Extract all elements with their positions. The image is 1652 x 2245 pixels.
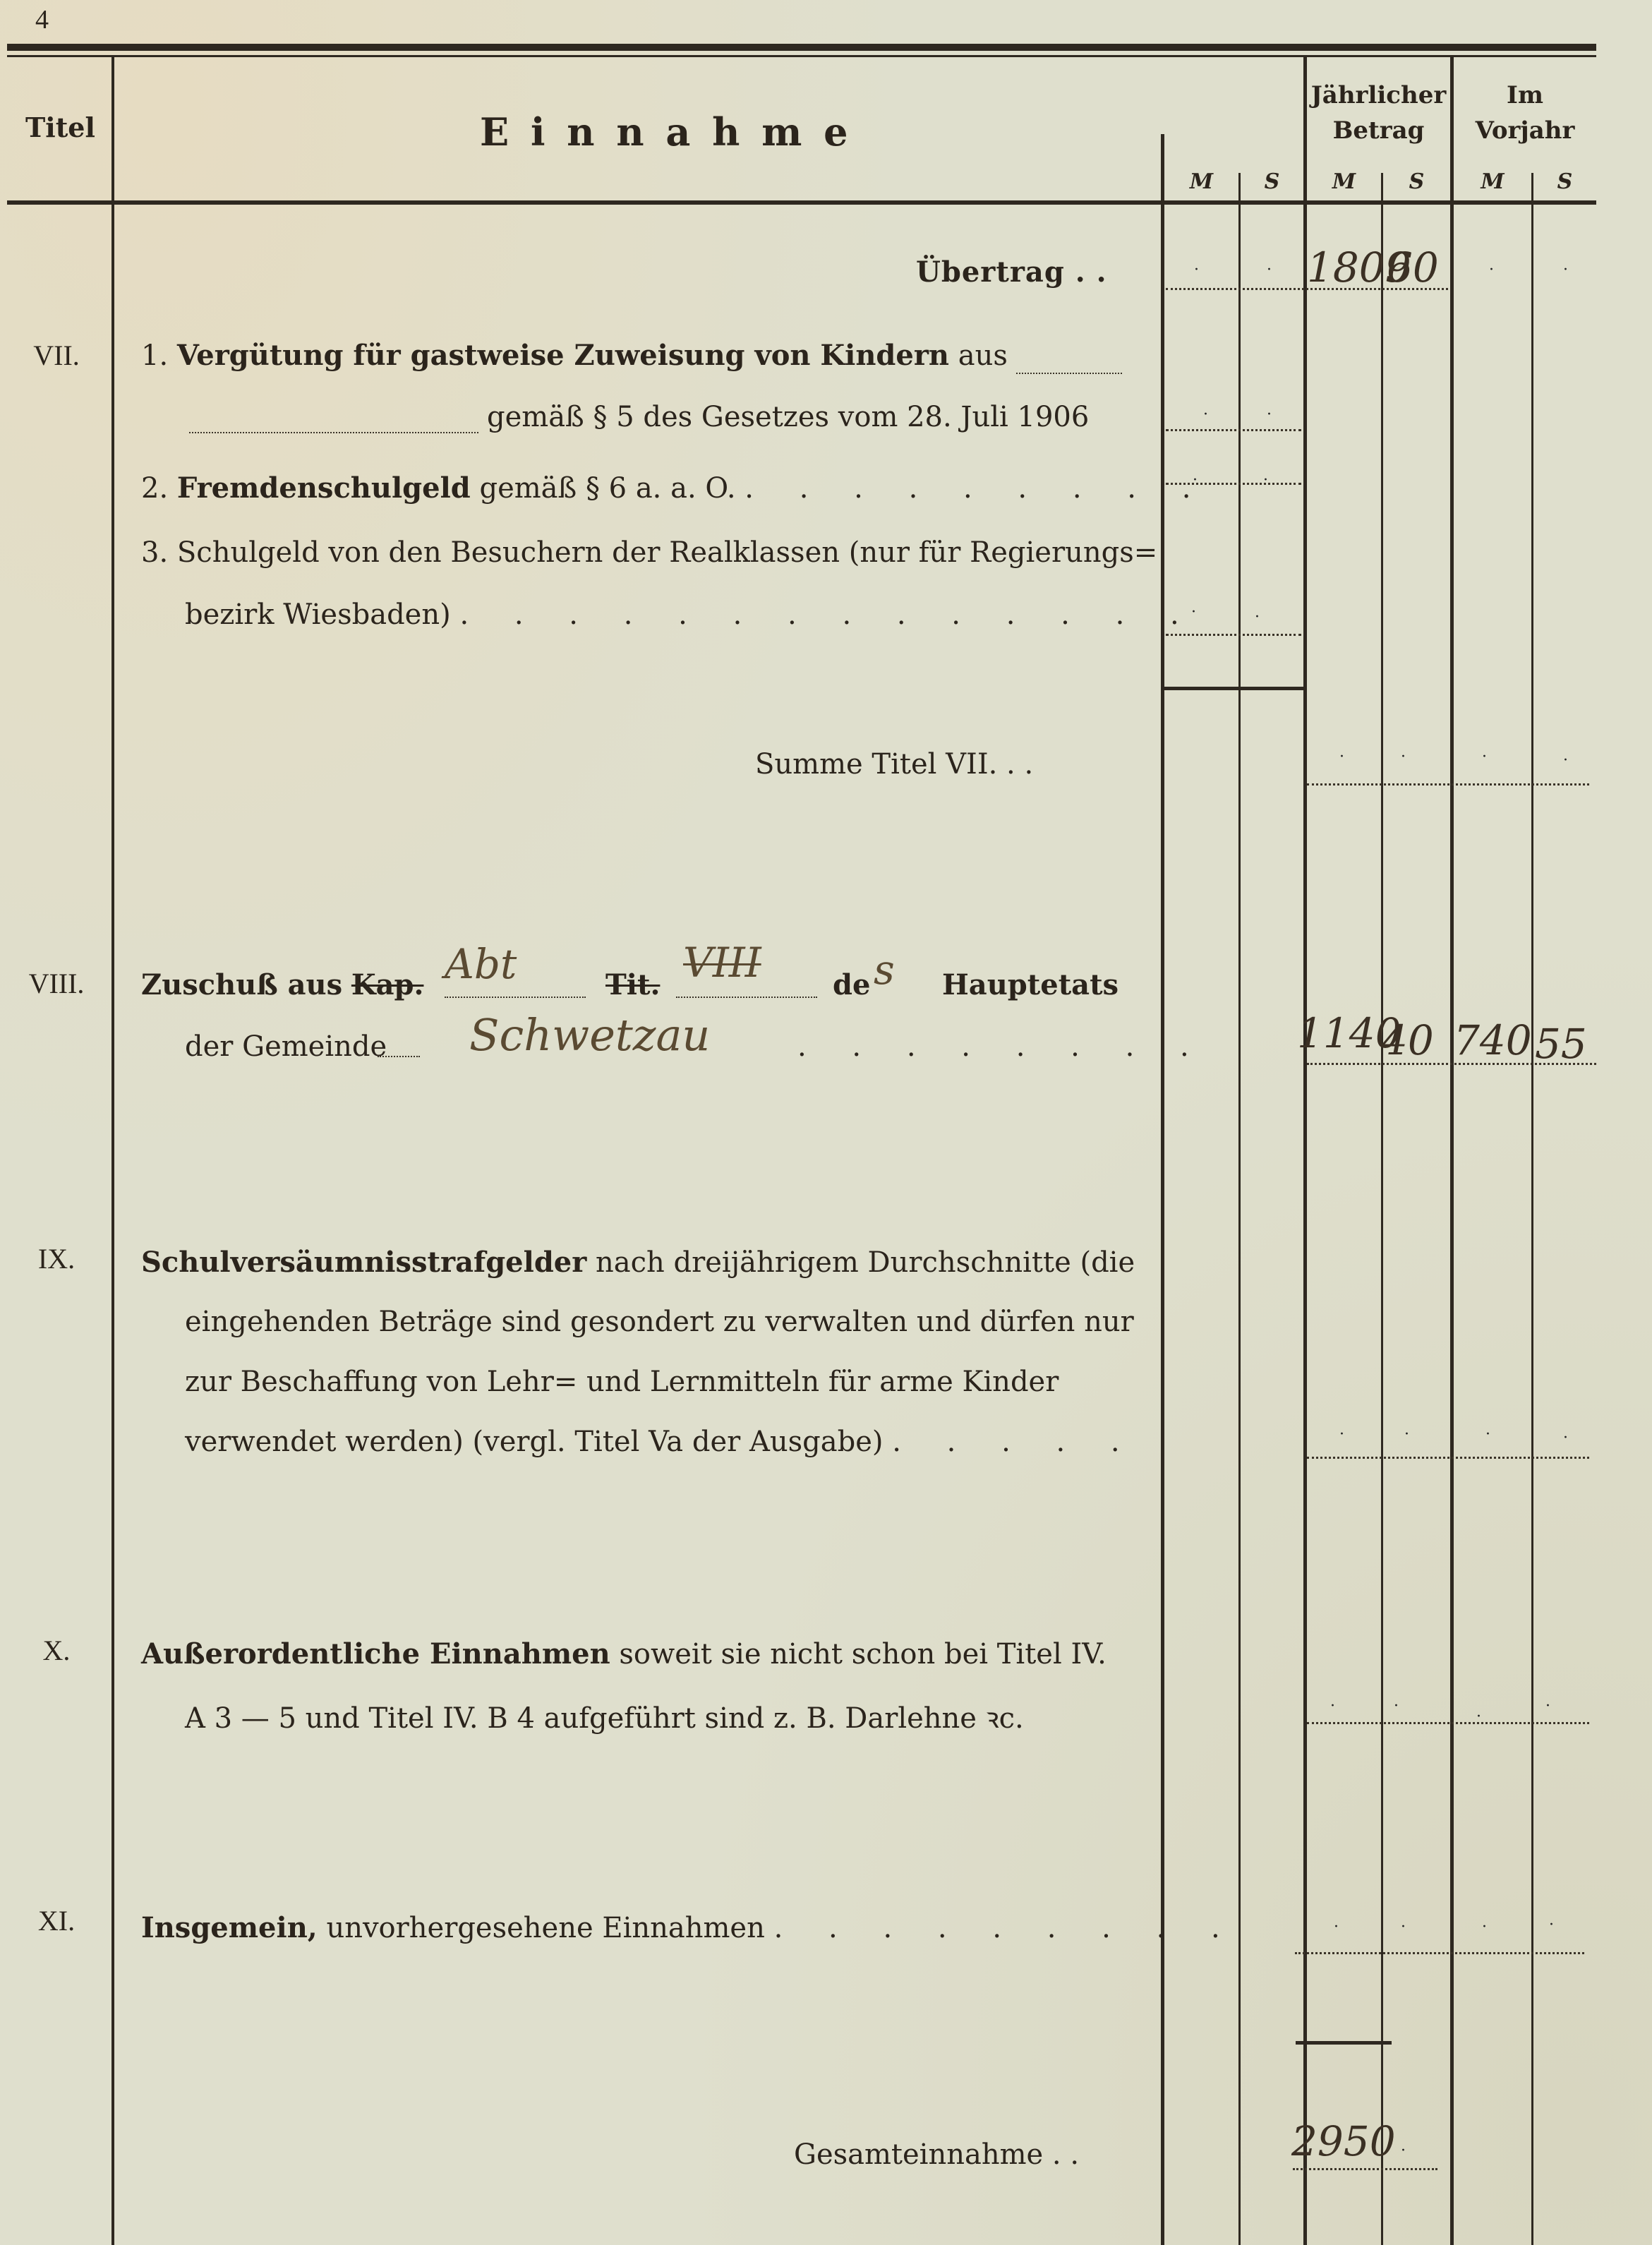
item-vii-3-leader: . . . . . . . . . . . . . . — [459, 598, 1197, 631]
section-ix-line4: verwendet werden) (vergl. Titel Va der A… — [185, 1426, 1138, 1458]
section-viii-hauptetats: Hauptetats — [942, 968, 1119, 1001]
section-x-line2: A 3 — 5 und Titel IV. B 4 aufgeführt sin… — [185, 1697, 1024, 1736]
section-viii-struck-tit: Tit. — [605, 968, 660, 1001]
section-viii-line2-label: der Gemeinde — [185, 1030, 387, 1063]
section-xi-number: XI. — [14, 1904, 99, 1937]
section-viii-struck-kap: Kap. — [351, 968, 424, 1001]
section-viii-fill-a — [445, 997, 586, 998]
section-ix-dotline — [1307, 1457, 1589, 1459]
carryover-annual-pf: 60 — [1387, 243, 1439, 291]
section-viii-handwritten-abt: Abt — [445, 940, 517, 988]
annual-amount-header: Jährlicher Betrag — [1307, 78, 1450, 148]
titel-header: Titel — [25, 112, 95, 143]
section-viii-dotline — [1307, 1063, 1596, 1065]
item-vii-2-number: 2. — [141, 472, 168, 505]
carryover-sub-pf: · — [1267, 261, 1272, 279]
total-label: Gesamteinnahme . . — [794, 2138, 1079, 2171]
carryover-prev-mark: · — [1489, 261, 1494, 279]
annual-amount-header-line1: Jährlicher — [1307, 78, 1450, 113]
item-vii-3-text2: bezirk Wiesbaden) — [185, 598, 451, 631]
section-vii-sum-prev-pf: · — [1563, 752, 1568, 769]
subtotal-rule-vii — [1162, 687, 1303, 690]
previous-year-header-line1: Im — [1454, 78, 1596, 113]
item-vii-3-number: 3. — [141, 536, 168, 569]
section-vii-sum-prev-mark: · — [1482, 748, 1487, 766]
section-xi-annual-pf: · — [1401, 1918, 1406, 1936]
item-vii-2-sub-mark: · — [1193, 471, 1198, 489]
section-ix-annual-mark: · — [1339, 1426, 1344, 1443]
item-vii-1-sub-pf: · — [1267, 406, 1272, 423]
unit-mark-sub: M — [1164, 169, 1238, 194]
section-viii-handwritten-municipality: Schwetzau — [469, 1009, 710, 1061]
item-vii-2-text: gemäß § 6 a. a. O. — [479, 472, 735, 505]
section-xi-bold: Insgemein, — [141, 1911, 318, 1944]
section-x-line1-rest: soweit sie nicht schon bei Titel IV. — [619, 1638, 1107, 1671]
unit-pf-prev: S — [1533, 169, 1596, 194]
unit-pf-annual: S — [1383, 169, 1450, 194]
item-vii-3-sub-pf: · — [1255, 608, 1260, 626]
item-vii-1-number: 1. — [141, 339, 168, 372]
prev-column-left — [1450, 56, 1454, 2245]
item-vii-2-dotline — [1166, 483, 1301, 485]
section-viii-number: VIII. — [14, 967, 99, 1000]
total-annual-pf: · — [1401, 2142, 1406, 2160]
section-viii-annual-pf: 40 — [1382, 1016, 1434, 1064]
section-ix-leader: . . . . . — [892, 1426, 1138, 1458]
unit-pf-sub: S — [1241, 169, 1303, 194]
section-ix-line1-rest: nach dreijährigem Durchschnitte (die — [596, 1246, 1135, 1279]
item-vii-3-sub-mark: · — [1191, 603, 1196, 621]
previous-year-header: Im Vorjahr — [1454, 78, 1596, 148]
section-viii-leader: . . . . . . . . — [797, 1030, 1207, 1063]
section-ix-line4-text: verwendet werden) (vergl. Titel Va der A… — [185, 1426, 883, 1458]
section-xi-line: Insgemein, unvorhergesehene Einnahmen . … — [141, 1911, 1238, 1944]
section-ix-annual-pf: · — [1404, 1426, 1409, 1443]
total-annual-mark: 2950 — [1291, 2117, 1396, 2165]
section-xi-leader: . . . . . . . . . — [774, 1912, 1238, 1944]
item-vii-3-dotline — [1166, 634, 1301, 636]
page-number: 4 — [35, 4, 49, 35]
section-viii-prev-mark: 740 — [1454, 1016, 1532, 1064]
carryover-sub-mark: · — [1194, 261, 1199, 279]
item-vii-2-leader: . . . . . . . . . — [744, 472, 1209, 505]
section-viii-line1: Zuschuß aus Kap. — [141, 968, 423, 1001]
unit-mark-annual: M — [1307, 169, 1381, 194]
header-bottom-rule — [7, 200, 1596, 205]
section-viii-bold-a: Zuschuß aus — [141, 968, 342, 1001]
section-vii-sum-dotline — [1307, 783, 1589, 786]
item-vii-2-bold: Fremdenschulgeld — [177, 471, 471, 505]
item-vii-1-bold: Vergütung für gastweise Zuweisung von Ki… — [177, 339, 949, 372]
section-ix-number: IX. — [14, 1242, 99, 1275]
section-x-bold: Außerordentliche Einnahmen — [141, 1637, 610, 1671]
titel-column-divider — [111, 56, 114, 2245]
section-ix-line3: zur Beschaffung von Lehr= und Lernmittel… — [185, 1366, 1059, 1398]
item-vii-1-line1: 1. Vergütung für gastweise Zuweisung von… — [141, 339, 1008, 372]
previous-year-header-line2: Vorjahr — [1454, 113, 1596, 148]
section-viii-handwritten-tit: VIII — [683, 939, 761, 987]
unit-mark-prev: M — [1454, 169, 1531, 194]
section-ix-bold: Schulversäumnisstrafgelder — [141, 1246, 586, 1279]
section-vii-sum-annual-mark: · — [1339, 748, 1344, 766]
item-vii-3-line2: bezirk Wiesbaden) . . . . . . . . . . . … — [185, 598, 1198, 631]
section-ix-line1: Schulversäumnisstrafgelder nach dreijähr… — [141, 1246, 1135, 1279]
section-x-prev-pf: · — [1545, 1697, 1550, 1715]
section-x-line1: Außerordentliche Einnahmen soweit sie ni… — [141, 1637, 1107, 1671]
total-dotline — [1293, 2168, 1437, 2170]
subtotal-rule-total — [1296, 2041, 1392, 2045]
section-x-number: X. — [14, 1634, 99, 1667]
section-ix-line2: eingehenden Beträge sind gesondert zu ve… — [185, 1306, 1134, 1338]
section-x-annual-mark: · — [1330, 1697, 1335, 1715]
item-vii-2-sub-pf: · — [1263, 471, 1268, 489]
item-vii-1-sub-mark: · — [1203, 406, 1208, 423]
item-vii-1-dotline — [1166, 429, 1301, 431]
section-viii-handwritten-s: s — [874, 946, 895, 994]
prev-pf-column-left — [1531, 173, 1533, 2245]
section-viii-prev-pf: 55 — [1535, 1020, 1587, 1068]
carryover-label: Übertrag . . — [916, 255, 1107, 289]
section-ix-prev-mark: · — [1485, 1426, 1490, 1443]
section-vii-sum-annual-pf: · — [1401, 748, 1406, 766]
item-vii-3-text1: Schulgeld von den Besuchern der Realklas… — [177, 536, 1157, 569]
section-viii-de: de — [833, 968, 870, 1001]
section-vii-number: VII. — [14, 339, 99, 372]
annual-pf-column-left — [1381, 173, 1383, 2245]
item-vii-2: 2. Fremdenschulgeld gemäß § 6 a. a. O. .… — [141, 471, 1209, 505]
item-vii-1-suffix: aus — [958, 339, 1008, 372]
section-xi-prev-pf: · — [1549, 1916, 1554, 1934]
section-viii-fill-b — [676, 997, 817, 998]
section-vii-sum-label: Summe Titel VII. . . — [755, 748, 1033, 781]
section-xi-annual-mark: · — [1334, 1918, 1339, 1936]
section-xi-dotline — [1295, 1952, 1584, 1954]
section-xi-text: unvorhergesehene Einnahmen — [326, 1912, 764, 1944]
item-vii-1-fill-2 — [189, 432, 478, 433]
annual-column-left — [1303, 56, 1307, 2245]
section-x-annual-pf: · — [1394, 1697, 1399, 1715]
top-thin-rule — [7, 55, 1596, 57]
section-ix-prev-pf: · — [1563, 1429, 1568, 1447]
item-vii-1-fill-1 — [1016, 373, 1122, 374]
top-thick-rule — [7, 44, 1596, 51]
carryover-prev-pf: · — [1563, 261, 1568, 279]
annual-amount-header-line2: Betrag — [1307, 113, 1450, 148]
section-x-dotline — [1307, 1722, 1589, 1724]
section-xi-prev-mark: · — [1482, 1918, 1487, 1936]
item-vii-1-line2: gemäß § 5 des Gesetzes vom 28. Juli 1906 — [487, 401, 1089, 433]
einnahme-header: E i n n a h m e — [480, 109, 852, 155]
item-vii-3-line1: 3. Schulgeld von den Besuchern der Realk… — [141, 536, 1157, 569]
section-viii-fill-c — [378, 1056, 420, 1057]
